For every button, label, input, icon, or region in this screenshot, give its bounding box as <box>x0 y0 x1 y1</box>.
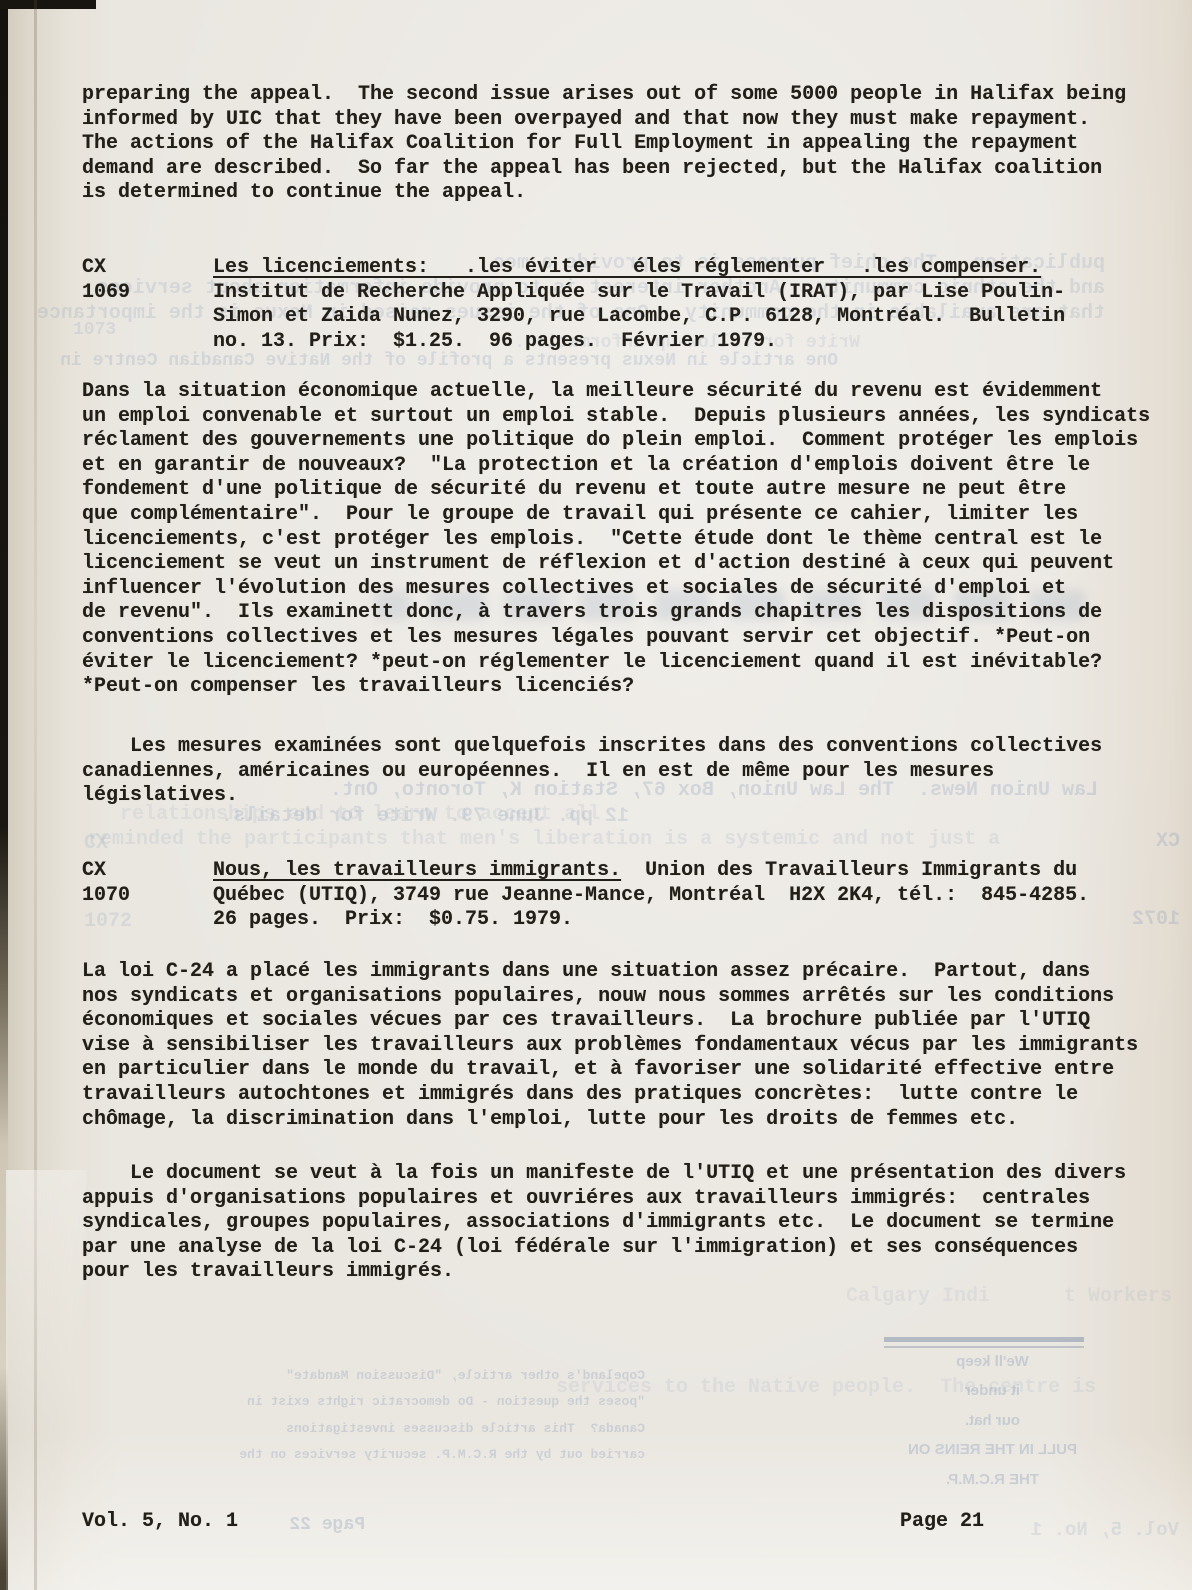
text-line: conventions collectives et les mesures l… <box>82 626 1150 651</box>
text-line: *Peut-on compenser les travailleurs lice… <box>82 675 1150 700</box>
text-line: demand are described. So far the appeal … <box>82 157 1126 182</box>
text-line: pour les travailleurs immigrés. <box>82 1260 1126 1285</box>
scanned-document-page: publication. The chief purpose is to pro… <box>0 0 1192 1590</box>
text-line: La loi C-24 a placé les immigrants dans … <box>82 960 1138 985</box>
entry-citation: Institut de Recherche Appliquée sur le T… <box>213 281 1065 355</box>
entry-title: Nous, les travailleurs immigrants. <box>213 859 621 882</box>
entry-number: 1070 <box>82 884 213 909</box>
footer-volume: Vol. 5, No. 1 <box>82 1510 238 1535</box>
text-line: et en garantir de nouveaux? "La protecti… <box>82 454 1150 479</box>
entry-citation: Québec (UTIQ), 3749 rue Jeanne-Mance, Mo… <box>213 884 1089 933</box>
text-line: 26 pages. Prix: $0.75. 1979. <box>213 908 1089 933</box>
text-line: nos syndicats et organisations populaire… <box>82 985 1138 1010</box>
intro-paragraph: preparing the appeal. The second issue a… <box>82 83 1126 206</box>
entry-body: Nous, les travailleurs immigrants. Union… <box>213 859 1089 933</box>
text-line: réclament des gouvernements une politiqu… <box>82 429 1150 454</box>
text-line: un emploi convenable et surtout un emplo… <box>82 405 1150 430</box>
entry-body: Les licenciements: .les éviter éles régl… <box>213 256 1065 354</box>
text-line: travailleurs autochtones et immigrés dan… <box>82 1083 1138 1108</box>
paragraph-french-4: Le document se veut à la fois un manifes… <box>82 1162 1126 1285</box>
text-line: vise à sensibiliser les travailleurs aux… <box>82 1034 1138 1059</box>
text-line: preparing the appeal. The second issue a… <box>82 83 1126 108</box>
paragraph-french-3: La loi C-24 a placé les immigrants dans … <box>82 960 1138 1132</box>
text-line: The actions of the Halifax Coalition for… <box>82 132 1126 157</box>
entry-title-line: Nous, les travailleurs immigrants. Union… <box>213 859 1089 884</box>
text-line: fondement d'une politique de sécurité du… <box>82 478 1150 503</box>
text-line: licenciements, c'est protéger les emploi… <box>82 528 1150 553</box>
entry-number: 1069 <box>82 281 213 306</box>
entry-cx-1070: CX 1070 Nous, les travailleurs immigrant… <box>82 859 1089 933</box>
text-line: Le document se veut à la fois un manifes… <box>82 1162 1126 1187</box>
text-line: Les mesures examinées sont quelquefois i… <box>82 735 1102 760</box>
text-line: chômage, la discrimination dans l'emploi… <box>82 1108 1138 1133</box>
entry-label: CX 1070 <box>82 859 213 933</box>
paragraph-french-1: Dans la situation économique actuelle, l… <box>82 380 1150 700</box>
text-line: de revenu". Ils examinett donc, à traver… <box>82 601 1150 626</box>
text-line: informed by UIC that they have been over… <box>82 108 1126 133</box>
text-line: éviter le licenciement? *peut-on régleme… <box>82 651 1150 676</box>
entry-cx-1069: CX 1069 Les licenciements: .les éviter é… <box>82 256 1065 354</box>
text-line: économiques et sociales vécues par ces t… <box>82 1009 1138 1034</box>
entry-code: CX <box>82 859 213 884</box>
text-line: que complémentaire". Pour le groupe de t… <box>82 503 1150 528</box>
entry-code: CX <box>82 256 213 281</box>
text-line: influencer l'évolution des mesures colle… <box>82 577 1150 602</box>
text-line: législatives. <box>82 784 1102 809</box>
text-line: Institut de Recherche Appliquée sur le T… <box>213 281 1065 306</box>
entry-title: Les licenciements: .les éviter éles régl… <box>213 256 1041 279</box>
text-line: canadiennes, américaines ou européennes.… <box>82 760 1102 785</box>
text-line: en particulier dans le monde du travail,… <box>82 1058 1138 1083</box>
text-line: licenciement se veut un instrument de ré… <box>82 552 1150 577</box>
text-line: no. 13. Prix: $1.25. 96 pages. Février 1… <box>213 330 1065 355</box>
footer-page-number: Page 21 <box>900 1510 984 1535</box>
text-line: Simon et Zaida Nunez, 3290, rue Lacombe,… <box>213 305 1065 330</box>
text-line: par une analyse de la loi C-24 (loi fédé… <box>82 1236 1126 1261</box>
entry-title-line: Les licenciements: .les éviter éles régl… <box>213 256 1065 281</box>
paragraph-french-2: Les mesures examinées sont quelquefois i… <box>82 735 1102 809</box>
text-line: syndicales, groupes populaires, associat… <box>82 1211 1126 1236</box>
text-line: Dans la situation économique actuelle, l… <box>82 380 1150 405</box>
text-line: is determined to continue the appeal. <box>82 181 1126 206</box>
entry-label: CX 1069 <box>82 256 213 354</box>
entry-title-suffix: Union des Travailleurs Immigrants du <box>621 859 1077 882</box>
typewritten-text-layer: preparing the appeal. The second issue a… <box>0 0 1192 1590</box>
text-line: appuis d'organisations populaires et ouv… <box>82 1187 1126 1212</box>
text-line: Québec (UTIQ), 3749 rue Jeanne-Mance, Mo… <box>213 884 1089 909</box>
